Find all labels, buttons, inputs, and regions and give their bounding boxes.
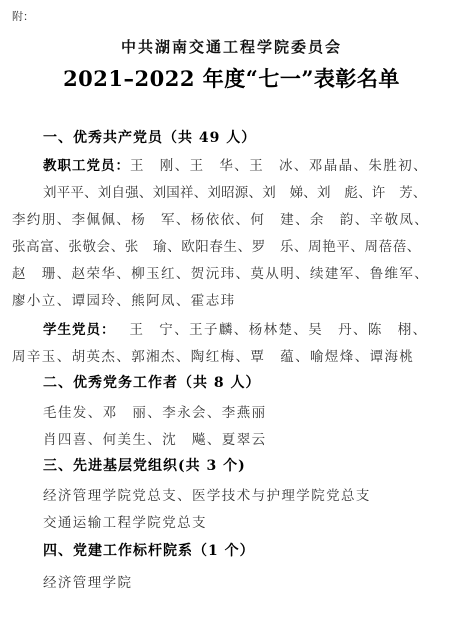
name-list-line: 李约朋、李佩佩、杨 军、杨依依、何 建、余 韵、辛敬凤、 bbox=[12, 208, 429, 228]
staff-members-line: 教职工党员：王 刚、王 华、王 冰、邓晶晶、朱胜初、 bbox=[43, 154, 428, 174]
name-list-line: 廖小立、谭园玲、熊阿凤、霍志玮 bbox=[12, 289, 236, 309]
section-heading-excellent-members: 一、优秀共产党员（共 49 人） bbox=[43, 127, 256, 147]
name-list-line: 毛佳发、邓 丽、李永会、李燕丽 bbox=[43, 401, 267, 421]
section-heading-benchmark-departments: 四、党建工作标杆院系（1 个） bbox=[43, 540, 255, 560]
organization-line: 交通运输工程学院党总支 bbox=[43, 511, 207, 531]
department-line: 经济管理学院 bbox=[43, 571, 132, 591]
section-heading-party-workers: 二、优秀党务工作者（共 8 人） bbox=[43, 372, 261, 392]
name-list-line: 周辛玉、胡英杰、郭湘杰、陶红梅、覃 蕴、喻煜烽、谭海桃 bbox=[12, 345, 414, 365]
organization-line: 经济管理学院党总支、医学技术与护理学院党总支 bbox=[43, 484, 371, 504]
section-heading-party-organizations: 三、先进基层党组织(共 3 个) bbox=[43, 455, 246, 475]
name-list: 王 宁、王子麟、杨林楚、吴 丹、陈 栩、 bbox=[130, 322, 428, 338]
name-list-line: 张高富、张敬会、张 瑜、欧阳春生、罗 乐、周艳平、周蓓蓓、 bbox=[12, 235, 421, 255]
name-list: 王 刚、王 华、王 冰、邓晶晶、朱胜初、 bbox=[130, 158, 428, 174]
student-members-line: 学生党员：王 宁、王子麟、杨林楚、吴 丹、陈 栩、 bbox=[43, 318, 428, 338]
organization-title: 中共湖南交通工程学院委员会 bbox=[0, 36, 463, 57]
document-title: 2021–2022 年度“七一”表彰名单 bbox=[0, 63, 463, 93]
name-list-line: 肖四喜、何美生、沈 飚、夏翠云 bbox=[43, 428, 267, 448]
staff-members-label: 教职工党员： bbox=[43, 158, 130, 174]
name-list-line: 刘平平、刘自强、刘国祥、刘昭源、刘 娣、刘 彪、许 芳、 bbox=[43, 181, 427, 201]
name-list-line: 赵 珊、赵荣华、柳玉红、贺沅玮、莫从明、续建军、鲁维军、 bbox=[12, 262, 429, 282]
attachment-label: 附： bbox=[12, 8, 34, 24]
student-members-label: 学生党员： bbox=[43, 322, 116, 338]
